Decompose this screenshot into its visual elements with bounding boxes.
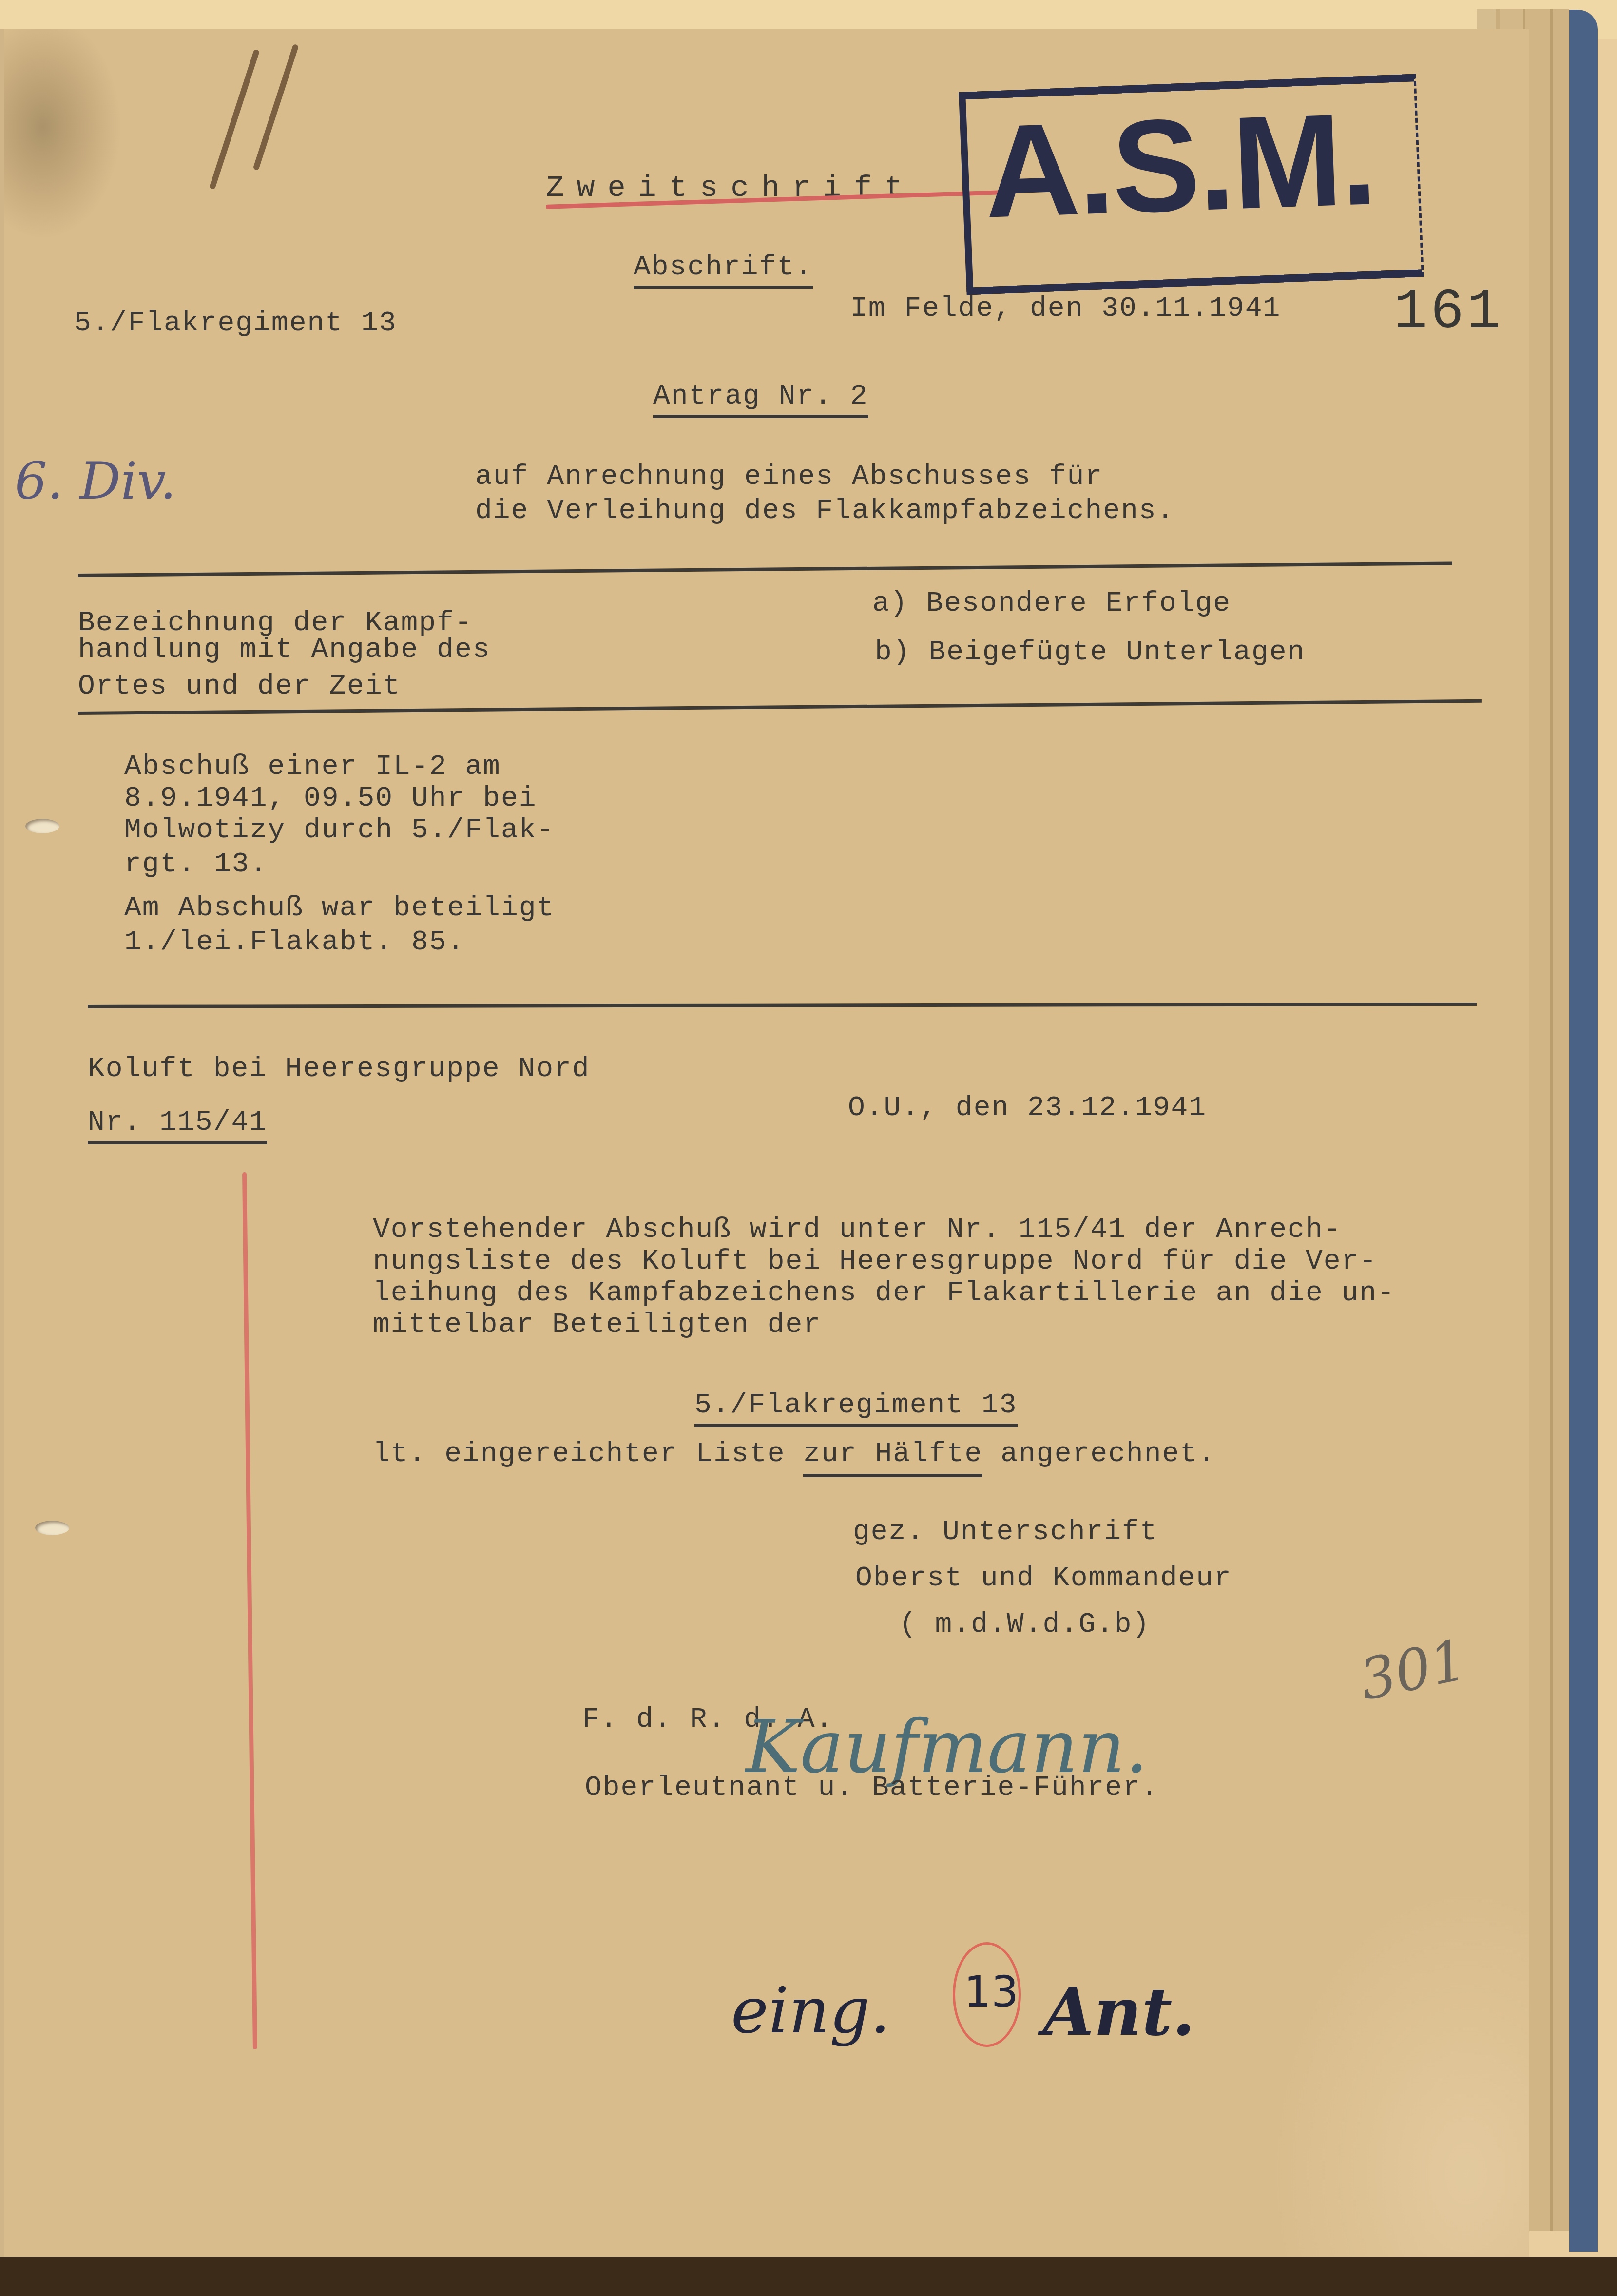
request-subject-line-2: die Verleihung des Flakkampfabzeichens. xyxy=(475,497,1174,525)
copy-label: Abschrift. xyxy=(634,253,813,289)
table-right-header-a: a) Besondere Erfolge xyxy=(872,590,1231,618)
endorsement-body-3: leihung des Kampfabzeichens der Flakarti… xyxy=(373,1279,1395,1308)
participation-line-1: Am Abschuß war beteiligt xyxy=(124,894,555,923)
entry-line-3: Molwotizy durch 5./Flak- xyxy=(124,816,555,845)
sender-unit: 5./Flakregiment 13 xyxy=(74,309,397,338)
request-subject-line-1: auf Anrechnung eines Abschusses für xyxy=(475,463,1103,491)
closing-emphasis: zur Hälfte xyxy=(803,1438,982,1477)
endorsement-place-date: O.U., den 23.12.1941 xyxy=(848,1094,1207,1122)
folio-number: 161 xyxy=(1394,280,1503,344)
asm-stamp: A.S.M. xyxy=(982,93,1377,238)
red-circle: 13 xyxy=(953,1942,1021,2047)
handwritten-note-right: Ant. xyxy=(1043,1979,1195,2045)
entry-line-1: Abschuß einer IL-2 am xyxy=(124,753,501,781)
entry-line-4: rgt. 13. xyxy=(124,850,268,879)
circled-number: 13 xyxy=(964,1967,1019,2017)
endorsement-body-2: nungsliste des Koluft bei Heeresgruppe N… xyxy=(373,1248,1377,1276)
certification-title: Oberleutnant u. Batterie-Führer. xyxy=(585,1774,1159,1802)
endorsement-reference: Nr. 115/41 xyxy=(88,1109,267,1144)
document-page xyxy=(0,29,1529,2261)
signature-rank: Oberst und Kommandeur xyxy=(855,1564,1232,1593)
handwritten-note-left: eing. xyxy=(731,1979,890,2042)
closing-prefix: lt. eingereichter Liste xyxy=(373,1438,803,1470)
punch-hole-lower xyxy=(35,1521,69,1535)
table-left-header-2: handlung mit Angabe des xyxy=(78,636,491,664)
table-left-header-3: Ortes und der Zeit xyxy=(78,673,401,701)
endorsed-unit: 5./Flakregiment 13 xyxy=(694,1391,1018,1427)
signature-authority: ( m.d.W.d.G.b) xyxy=(899,1611,1150,1639)
endorsing-authority: Koluft bei Heeresgruppe Nord xyxy=(88,1055,590,1083)
request-title: Antrag Nr. 2 xyxy=(653,383,868,418)
signature-gez: gez. Unterschrift xyxy=(853,1518,1158,1546)
participation-line-2: 1./lei.Flakabt. 85. xyxy=(124,928,465,957)
page-bottom-shadow xyxy=(0,2257,1617,2296)
endorsement-body-4: mittelbar Beteiligten der xyxy=(373,1311,821,1339)
endorsement-body-1: Vorstehender Abschuß wird unter Nr. 115/… xyxy=(373,1216,1342,1244)
punch-hole-upper xyxy=(25,819,59,833)
place-date: Im Felde, den 30.11.1941 xyxy=(850,295,1281,323)
closing-line: lt. eingereichter Liste zur Hälfte anger… xyxy=(373,1440,1216,1468)
table-right-header-b: b) Beigefügte Unterlagen xyxy=(875,638,1305,667)
entry-line-2: 8.9.1941, 09.50 Uhr bei xyxy=(124,785,537,813)
pencil-margin-note: 6. Div. xyxy=(15,456,176,507)
table-left-header-1: Bezeichnung der Kampf- xyxy=(78,609,473,637)
folder-cover-edge xyxy=(1569,10,1598,2252)
closing-suffix: angerechnet. xyxy=(982,1438,1215,1470)
